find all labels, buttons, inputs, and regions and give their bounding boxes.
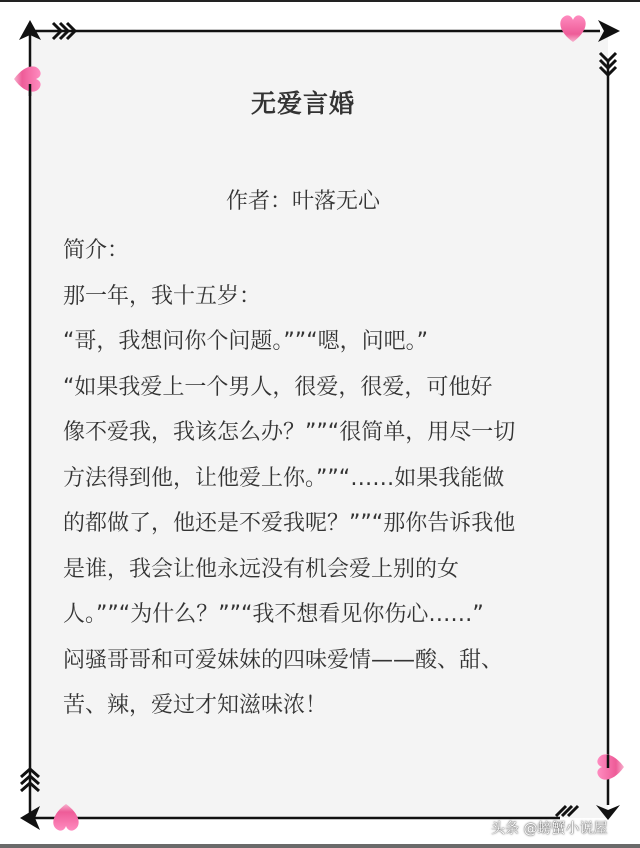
synopsis-line: 简介：: [63, 228, 593, 274]
author-line: 作者：叶落无心: [0, 184, 606, 215]
synopsis-line: 闷骚哥哥和可爱妹妹的四味爱情——酸、甜、: [63, 638, 593, 684]
synopsis-line: 那一年，我十五岁：: [63, 274, 593, 320]
heart-icon: [53, 804, 78, 831]
synopsis-line: 像不爱我，我该怎么办？””“很简单，用尽一切: [63, 410, 593, 456]
heart-icon: [560, 15, 585, 42]
heart-icon: [597, 754, 624, 779]
synopsis-line: 人。””“为什么？””“我不想看见你伤心……”: [63, 592, 593, 638]
synopsis-line: 方法得到他，让他爱上你。””“……如果我能做: [63, 456, 593, 502]
synopsis: 简介： 那一年，我十五岁： “哥，我想问你个问题。””“嗯，问吧。” “如果我爱…: [63, 228, 593, 729]
synopsis-line: “如果我爱上一个男人，很爱，很爱，可他好: [63, 365, 593, 411]
synopsis-line: “哥，我想问你个问题。””“嗯，问吧。”: [63, 319, 593, 365]
synopsis-line: 的都做了，他还是不爱我呢？””“那你告诉我他: [63, 501, 593, 547]
book-title: 无爱言婚: [0, 84, 606, 120]
synopsis-line: 苦、辣，爱过才知滋味浓！: [63, 683, 593, 729]
fletching-icon: [556, 806, 578, 816]
arrow-right-icon: [598, 20, 620, 42]
bottom-strip: [0, 844, 640, 848]
synopsis-line: 是谁，我会让他永远没有机会爱上别的女: [63, 547, 593, 593]
watermark: 头条 @螃蟹小说屋: [491, 818, 607, 838]
